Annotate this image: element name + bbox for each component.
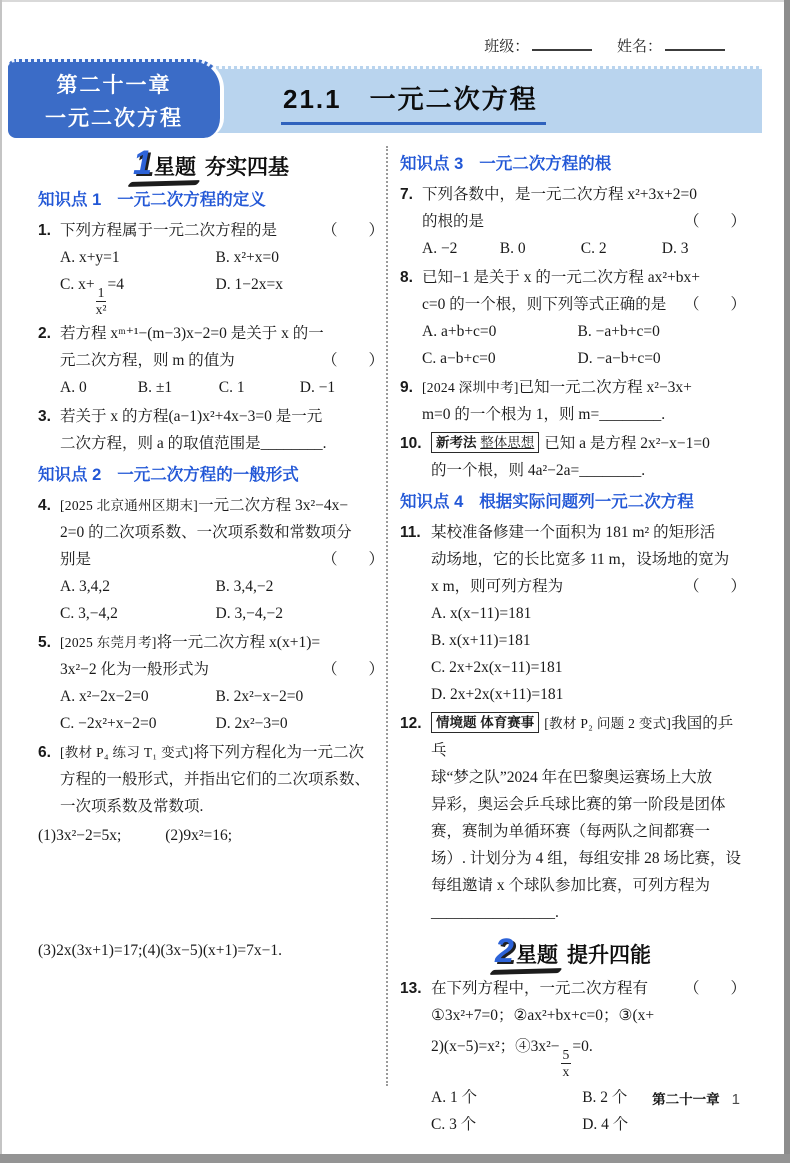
option-a: A. a+b+c=0: [422, 318, 578, 345]
question-text-line: [2025 东莞月考]将一元二次方程 x(x+1)=: [60, 629, 384, 656]
question-text-line: 元二次方程，则 m 的值为 （ ）: [60, 347, 384, 374]
method-tag-rest: 整体思想: [480, 435, 534, 450]
question-7: 7. 下列各数中，是一元二次方程 x²+3x+2=0 的根的是 （ ） A. −…: [400, 181, 746, 262]
question-body: [教材 P₄ 练习 T₁ 变式]将下列方程化为一元二次 方程的一般形式，并指出它…: [60, 739, 384, 820]
page-edge-right: [784, 0, 790, 1163]
question-text: 2=0 的二次项系数、一次项系数和常数项分: [60, 519, 384, 546]
question-number: 8.: [400, 264, 422, 372]
question-number: 10.: [400, 430, 431, 484]
question-text-line: 2)(x−5)=x²；④3x²−5x=0.: [431, 1033, 746, 1080]
source-tag: [2025 北京通州区期末]: [60, 498, 198, 513]
options-row: A. −2 B. 0 C. 2 D. 3: [422, 235, 746, 262]
option-b: B. ±1: [138, 374, 219, 401]
question-10: 10. 新考法 整体思想已知 a 是方程 2x²−x−1=0 的一个根，则 4a…: [400, 430, 746, 484]
option-d: D. 2x²−3=0: [216, 710, 384, 737]
question-text: 的一个根，则 4a²−2a=________.: [431, 457, 746, 484]
option-c: C. 3,−4,2: [60, 600, 216, 627]
option-a: A. 1 个: [431, 1084, 582, 1111]
option-a: A. x+y=1: [60, 244, 216, 271]
question-text-line: c=0 的一个根，则下列等式正确的是 （ ）: [422, 291, 746, 318]
question-number: 1.: [38, 217, 60, 318]
question-text: 一元二次方程 3x²−4x−: [198, 497, 348, 514]
question-number: 12.: [400, 710, 431, 926]
option-a: A. x(x−11)=181: [431, 600, 746, 627]
question-text-line: x m，则可列方程为 （ ）: [431, 573, 746, 600]
option-a: A. x²−2x−2=0: [60, 683, 216, 710]
option-c: C. x+1x²=4: [60, 271, 216, 318]
question-text: c=0 的一个根，则下列等式正确的是: [422, 291, 666, 318]
options-row: A. 0 B. ±1 C. 1 D. −1: [60, 374, 384, 401]
options-grid: A. x+y=1 B. x²+x=0 C. x+1x²=4 D. 1−2x=x: [60, 244, 384, 318]
fraction: 5x: [561, 1047, 572, 1079]
page-footer: 第二十一章 1: [652, 1088, 740, 1108]
question-text: 将一元二次方程 x(x+1)=: [157, 634, 320, 651]
question-12: 12. 情境题 体育赛事[教材 P₂ 问题 2 变式]我国的乒乓 球“梦之队”2…: [400, 710, 746, 926]
star1-group: 1 星题: [133, 146, 196, 181]
options-grid: A. x²−2x−2=0 B. 2x²−x−2=0 C. −2x²+x−2=0 …: [60, 683, 384, 737]
subquestion-2: (2)9x²=16;: [165, 822, 232, 849]
option-b: B. 2x²−x−2=0: [216, 683, 384, 710]
question-text-line: 3x²−2 化为一般形式为 （ ）: [60, 656, 384, 683]
question-body: 已知−1 是关于 x 的一元二次方程 ax²+bx+ c=0 的一个根，则下列等…: [422, 264, 746, 372]
method-tag-box: 新考法 整体思想: [431, 432, 539, 453]
question-11: 11. 某校准备修建一个面积为 181 m² 的矩形活 动场地，它的长比宽多 1…: [400, 519, 746, 708]
question-number: 2.: [38, 320, 60, 401]
name-blank-line: [665, 34, 725, 51]
kp1-label: 知识点 1: [38, 191, 101, 209]
page-edge-bottom: [0, 1154, 790, 1163]
name-label: 姓名：: [617, 39, 662, 55]
question-body: 若关于 x 的方程(a−1)x²+4x−3=0 是一元 二次方程，则 a 的取值…: [60, 403, 384, 457]
option-c: C. a−b+c=0: [422, 345, 578, 372]
kp2-label: 知识点 2: [38, 466, 101, 484]
question-text: 3x²−2 化为一般形式为: [60, 656, 209, 683]
kp1-title: 一元二次方程的定义: [117, 191, 266, 209]
question-6-parts-1-2: (1)3x²−2=5x; (2)9x²=16;: [38, 822, 384, 849]
fraction: 1x²: [96, 285, 107, 317]
page-edge-top: [0, 0, 790, 2]
option-a: A. 3,4,2: [60, 573, 216, 600]
option-d: D. 2x+2x(x+11)=181: [431, 681, 746, 708]
answer-bracket: （ ）: [684, 208, 746, 235]
question-9: 9. [2024 深圳中考]已知一元二次方程 x²−3x+ m=0 的一个根为 …: [400, 374, 746, 428]
question-text: 下列方程属于一元二次方程的是: [60, 217, 277, 244]
options-list: A. x(x−11)=181 B. x(x+11)=181 C. 2x+2x(x…: [431, 600, 746, 708]
answer-bracket: （ ）: [684, 975, 746, 1002]
option-b: B. 0: [500, 235, 581, 262]
star2-group: 2 星题: [495, 934, 558, 969]
question-text: =0.: [572, 1038, 592, 1055]
answer-bracket: （ ）: [322, 656, 384, 683]
answer-bracket: （ ）: [322, 347, 384, 374]
option-b: B. 3,4,−2: [216, 573, 384, 600]
context-tag-box: 情境题 体育赛事: [431, 712, 539, 733]
question-text-line: 别是 （ ）: [60, 546, 384, 573]
options-grid: A. 3,4,2 B. 3,4,−2 C. 3,−4,2 D. 3,−4,−2: [60, 573, 384, 627]
question-text: 2)(x−5)=x²；④3x²−: [431, 1038, 560, 1055]
chapter-badge-line1: 第二十一章: [57, 69, 172, 99]
question-body: [2024 深圳中考]已知一元二次方程 x²−3x+ m=0 的一个根为 1，则…: [422, 374, 746, 428]
question-4: 4. [2025 北京通州区期末]一元二次方程 3x²−4x− 2=0 的二次项…: [38, 492, 384, 627]
source-tag: [2025 东莞月考]: [60, 635, 157, 650]
question-text: 在下列方程中，一元二次方程有: [431, 975, 648, 1002]
question-body: [2025 东莞月考]将一元二次方程 x(x+1)= 3x²−2 化为一般形式为…: [60, 629, 384, 737]
kp3-label: 知识点 3: [400, 155, 463, 173]
question-text: 方程的一般形式，并指出它们的二次项系数、 一次项系数及常数项.: [60, 766, 384, 820]
answer-blank-line: ________________.: [431, 899, 746, 926]
options-grid: A. a+b+c=0 B. −a+b+c=0 C. a−b+c=0 D. −a−…: [422, 318, 746, 372]
option-d: D. −a−b+c=0: [578, 345, 746, 372]
option-b: B. x(x+11)=181: [431, 627, 746, 654]
knowledge-point-4: 知识点 4根据实际问题列一元二次方程: [400, 489, 746, 516]
chapter-badge: 第二十一章 一元二次方程: [8, 59, 224, 138]
chapter-badge-line2: 一元二次方程: [45, 102, 183, 132]
question-text: 若方程 xᵐ⁺¹−(m−3)x−2=0 是关于 x 的一: [60, 320, 384, 347]
option-d: D. 1−2x=x: [216, 271, 384, 318]
question-number: 5.: [38, 629, 60, 737]
question-text-line: [2024 深圳中考]已知一元二次方程 x²−3x+: [422, 374, 746, 401]
option-d: D. 3,−4,−2: [216, 600, 384, 627]
question-body: 在下列方程中，一元二次方程有 （ ） ①3x²+7=0；②ax²+bx+c=0；…: [431, 975, 746, 1138]
context-tag-rest: 体育赛事: [480, 715, 534, 730]
question-3: 3. 若关于 x 的方程(a−1)x²+4x−3=0 是一元 二次方程，则 a …: [38, 403, 384, 457]
question-number: 7.: [400, 181, 422, 262]
question-body: [2025 北京通州区期末]一元二次方程 3x²−4x− 2=0 的二次项系数、…: [60, 492, 384, 627]
section-star2-header: 2 星题 提升四能: [400, 934, 746, 969]
section-star1-header: 1 星题 夯实四基: [38, 146, 384, 181]
question-body: 某校准备修建一个面积为 181 m² 的矩形活 动场地，它的长比宽多 11 m，…: [431, 519, 746, 708]
content-columns: 1 星题 夯实四基 知识点 1一元二次方程的定义 1. 下列方程属于一元二次方程…: [38, 146, 746, 1138]
question-text: 下列各数中，是一元二次方程 x²+3x+2=0: [422, 181, 746, 208]
question-text-line: 情境题 体育赛事[教材 P₂ 问题 2 变式]我国的乒乓: [431, 710, 746, 764]
option-d: D. −1: [300, 374, 384, 401]
star1-number: 1: [133, 146, 152, 180]
question-text-line: 下列方程属于一元二次方程的是 （ ）: [60, 217, 384, 244]
page-title: 21.1 一元二次方程: [281, 79, 546, 125]
kp2-title: 一元二次方程的一般形式: [117, 466, 299, 484]
answer-bracket: （ ）: [684, 573, 746, 600]
question-13: 13. 在下列方程中，一元二次方程有 （ ） ①3x²+7=0；②ax²+bx+…: [400, 975, 746, 1138]
option-c: C. 2x+2x(x−11)=181: [431, 654, 746, 681]
question-8: 8. 已知−1 是关于 x 的一元二次方程 ax²+bx+ c=0 的一个根，则…: [400, 264, 746, 372]
option-d: D. 4 个: [582, 1111, 746, 1138]
kp4-title: 根据实际问题列一元二次方程: [479, 493, 694, 511]
question-text: 元二次方程，则 m 的值为: [60, 347, 235, 374]
question-text: 已知 a 是方程 2x²−x−1=0: [544, 435, 710, 452]
star2-title: 提升四能: [567, 942, 651, 969]
option-b: B. −a+b+c=0: [578, 318, 746, 345]
question-text-line: 在下列方程中，一元二次方程有 （ ）: [431, 975, 746, 1002]
class-blank-line: [532, 34, 592, 51]
option-a: A. −2: [422, 235, 500, 262]
subquestion-3-4: (3)2x(3x+1)=17;(4)(3x−5)(x+1)=7x−1.: [38, 942, 282, 959]
star2-word: 星题: [516, 942, 558, 969]
answer-bracket: （ ）: [684, 291, 746, 318]
answer-bracket: （ ）: [322, 546, 384, 573]
workbook-page: 班级： 姓名： 第二十一章 一元二次方程 21.1 一元二次方程 1 星题 夯实…: [0, 0, 790, 1163]
option-c-pre: C. x+: [60, 276, 95, 293]
question-text: 别是: [60, 546, 91, 573]
kp4-label: 知识点 4: [400, 493, 463, 511]
question-text: 将下列方程化为一元二次: [193, 744, 364, 761]
question-text-line: 的根的是 （ ）: [422, 208, 746, 235]
question-text-line: 新考法 整体思想已知 a 是方程 2x²−x−1=0: [431, 430, 746, 457]
method-tag-bold: 新考法: [436, 435, 477, 450]
source-tag: [2024 深圳中考]: [422, 380, 519, 395]
source-tag: [教材 P₂ 问题 2 变式]: [544, 716, 671, 731]
option-c: C. 1: [219, 374, 300, 401]
option-b: B. x²+x=0: [216, 244, 384, 271]
option-c-post: =4: [108, 276, 125, 293]
left-column: 1 星题 夯实四基 知识点 1一元二次方程的定义 1. 下列方程属于一元二次方程…: [38, 146, 384, 964]
question-5: 5. [2025 东莞月考]将一元二次方程 x(x+1)= 3x²−2 化为一般…: [38, 629, 384, 737]
question-text: 若关于 x 的方程(a−1)x²+4x−3=0 是一元 二次方程，则 a 的取值…: [60, 403, 384, 457]
question-number: 13.: [400, 975, 431, 1138]
star1-word: 星题: [154, 154, 196, 181]
question-text: 球“梦之队”2024 年在巴黎奥运赛场上大放 异彩，奥运会乒乓球比赛的第一阶段是…: [431, 764, 746, 899]
question-body: 情境题 体育赛事[教材 P₂ 问题 2 变式]我国的乒乓 球“梦之队”2024 …: [431, 710, 746, 926]
question-text-line: [2025 北京通州区期末]一元二次方程 3x²−4x−: [60, 492, 384, 519]
question-1: 1. 下列方程属于一元二次方程的是 （ ） A. x+y=1 B. x²+x=0…: [38, 217, 384, 318]
fraction-denominator: x²: [96, 302, 107, 318]
knowledge-point-1: 知识点 1一元二次方程的定义: [38, 187, 384, 214]
question-number: 9.: [400, 374, 422, 428]
question-number: 4.: [38, 492, 60, 627]
kp3-title: 一元二次方程的根: [479, 155, 611, 173]
star2-number: 2: [495, 934, 514, 968]
question-text-line: [教材 P₄ 练习 T₁ 变式]将下列方程化为一元二次: [60, 739, 384, 766]
footer-chapter-label: 第二十一章: [652, 1088, 720, 1108]
question-body: 若方程 xᵐ⁺¹−(m−3)x−2=0 是关于 x 的一 元二次方程，则 m 的…: [60, 320, 384, 401]
question-6: 6. [教材 P₄ 练习 T₁ 变式]将下列方程化为一元二次 方程的一般形式，并…: [38, 739, 384, 820]
student-info: 班级： 姓名：: [484, 34, 728, 56]
knowledge-point-2: 知识点 2一元二次方程的一般形式: [38, 462, 384, 489]
option-c: C. −2x²+x−2=0: [60, 710, 216, 737]
question-number: 6.: [38, 739, 60, 820]
question-text: 某校准备修建一个面积为 181 m² 的矩形活 动场地，它的长比宽多 11 m，…: [431, 519, 746, 573]
option-d: D. 3: [662, 235, 746, 262]
question-body: 下列方程属于一元二次方程的是 （ ） A. x+y=1 B. x²+x=0 C.…: [60, 217, 384, 318]
question-text: m=0 的一个根为 1，则 m=________.: [422, 401, 746, 428]
footer-page-number: 1: [732, 1091, 740, 1108]
question-body: 下列各数中，是一元二次方程 x²+3x+2=0 的根的是 （ ） A. −2 B…: [422, 181, 746, 262]
knowledge-point-3: 知识点 3一元二次方程的根: [400, 151, 746, 178]
fraction-denominator: x: [563, 1064, 570, 1080]
subquestion-1: (1)3x²−2=5x;: [38, 822, 121, 849]
right-column: 知识点 3一元二次方程的根 7. 下列各数中，是一元二次方程 x²+3x+2=0…: [388, 146, 746, 1138]
question-2: 2. 若方程 xᵐ⁺¹−(m−3)x−2=0 是关于 x 的一 元二次方程，则 …: [38, 320, 384, 401]
context-tag-bold: 情境题: [436, 715, 477, 730]
fraction-numerator: 1: [96, 285, 107, 302]
question-text: ①3x²+7=0；②ax²+bx+c=0；③(x+: [431, 1002, 746, 1029]
page-edge-left: [0, 0, 2, 1163]
question-body: 新考法 整体思想已知 a 是方程 2x²−x−1=0 的一个根，则 4a²−2a…: [431, 430, 746, 484]
question-number: 3.: [38, 403, 60, 457]
option-a: A. 0: [60, 374, 138, 401]
question-text: 的根的是: [422, 208, 484, 235]
option-c: C. 3 个: [431, 1111, 582, 1138]
question-text: x m，则可列方程为: [431, 573, 563, 600]
class-label: 班级：: [484, 39, 529, 55]
option-c: C. 2: [581, 235, 662, 262]
answer-bracket: （ ）: [322, 217, 384, 244]
fraction-numerator: 5: [561, 1047, 572, 1064]
star1-title: 夯实四基: [205, 154, 289, 181]
question-number: 11.: [400, 519, 431, 708]
question-text: 已知一元二次方程 x²−3x+: [519, 379, 692, 396]
question-6-parts-3-4: (3)2x(3x+1)=17;(4)(3x−5)(x+1)=7x−1.: [38, 937, 384, 964]
source-tag: [教材 P₄ 练习 T₁ 变式]: [60, 745, 193, 760]
question-text: 已知−1 是关于 x 的一元二次方程 ax²+bx+: [422, 264, 746, 291]
